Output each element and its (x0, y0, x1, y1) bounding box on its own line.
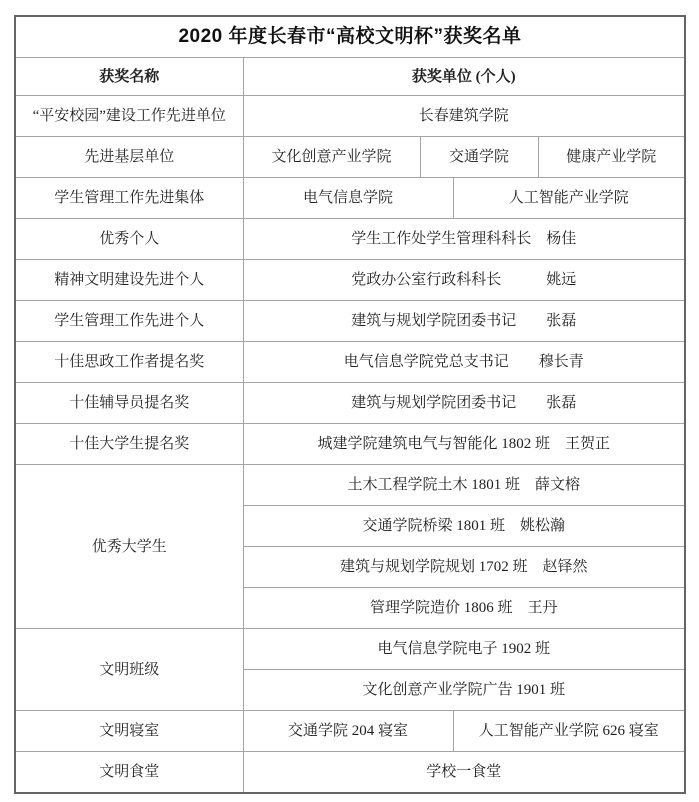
award-cell: 学生管理工作先进个人 (15, 301, 243, 342)
award-cell: “平安校园”建设工作先进单位 (15, 96, 243, 137)
table-row: 优秀个人 学生工作处学生管理科科长 杨佳 (15, 219, 685, 260)
table-row: 先进基层单位 文化创意产业学院 交通学院 健康产业学院 (15, 137, 685, 178)
award-cell: 十佳辅导员提名奖 (15, 383, 243, 424)
award-cell: 优秀个人 (15, 219, 243, 260)
unit-cell: 人工智能产业学院 626 寝室 (453, 711, 685, 752)
table-row: 优秀大学生 土木工程学院土木 1801 班 薛文榕 (15, 465, 685, 506)
table-row: “平安校园”建设工作先进单位 长春建筑学院 (15, 96, 685, 137)
col-header-award-name: 获奖名称 (15, 58, 243, 96)
unit-cell: 城建学院建筑电气与智能化 1802 班 王贺正 (243, 424, 685, 465)
award-cell: 精神文明建设先进个人 (15, 260, 243, 301)
unit-cell: 长春建筑学院 (243, 96, 685, 137)
unit-cell: 文化创意产业学院 (243, 137, 420, 178)
unit-cell: 人工智能产业学院 (453, 178, 685, 219)
award-cell: 优秀大学生 (15, 465, 243, 629)
unit-cell: 健康产业学院 (538, 137, 685, 178)
award-cell: 十佳思政工作者提名奖 (15, 342, 243, 383)
unit-cell: 电气信息学院 (243, 178, 453, 219)
table-row: 精神文明建设先进个人 党政办公室行政科科长 姚远 (15, 260, 685, 301)
award-cell: 文明寝室 (15, 711, 243, 752)
unit-cell: 学校一食堂 (243, 752, 685, 794)
unit-cell: 电气信息学院电子 1902 班 (243, 629, 685, 670)
table-row: 文明食堂 学校一食堂 (15, 752, 685, 794)
document-page: 2020 年度长春市“高校文明杯”获奖名单 获奖名称 获奖单位 (个人) “平安… (14, 15, 686, 794)
unit-cell: 交通学院桥梁 1801 班 姚松瀚 (243, 506, 685, 547)
unit-cell: 土木工程学院土木 1801 班 薛文榕 (243, 465, 685, 506)
unit-cell: 建筑与规划学院规划 1702 班 赵铎然 (243, 547, 685, 588)
table-row: 学生管理工作先进集体 电气信息学院 人工智能产业学院 (15, 178, 685, 219)
unit-cell: 建筑与规划学院团委书记 张磊 (243, 301, 685, 342)
award-cell: 学生管理工作先进集体 (15, 178, 243, 219)
unit-cell: 交通学院 (420, 137, 538, 178)
unit-cell: 文化创意产业学院广告 1901 班 (243, 670, 685, 711)
award-cell: 先进基层单位 (15, 137, 243, 178)
unit-cell: 建筑与规划学院团委书记 张磊 (243, 383, 685, 424)
table-row: 学生管理工作先进个人 建筑与规划学院团委书记 张磊 (15, 301, 685, 342)
table-row: 文明班级 电气信息学院电子 1902 班 (15, 629, 685, 670)
unit-cell: 学生工作处学生管理科科长 杨佳 (243, 219, 685, 260)
table-row: 十佳辅导员提名奖 建筑与规划学院团委书记 张磊 (15, 383, 685, 424)
table-row: 十佳思政工作者提名奖 电气信息学院党总支书记 穆长青 (15, 342, 685, 383)
unit-cell: 电气信息学院党总支书记 穆长青 (243, 342, 685, 383)
award-cell: 文明班级 (15, 629, 243, 711)
unit-cell: 交通学院 204 寝室 (243, 711, 453, 752)
unit-cell: 党政办公室行政科科长 姚远 (243, 260, 685, 301)
table-row: 十佳大学生提名奖 城建学院建筑电气与智能化 1802 班 王贺正 (15, 424, 685, 465)
table-row: 文明寝室 交通学院 204 寝室 人工智能产业学院 626 寝室 (15, 711, 685, 752)
award-cell: 十佳大学生提名奖 (15, 424, 243, 465)
award-cell: 文明食堂 (15, 752, 243, 794)
unit-cell: 管理学院造价 1806 班 王丹 (243, 588, 685, 629)
awards-table: 2020 年度长春市“高校文明杯”获奖名单 获奖名称 获奖单位 (个人) “平安… (14, 15, 686, 794)
page-title: 2020 年度长春市“高校文明杯”获奖名单 (15, 16, 685, 58)
col-header-award-unit: 获奖单位 (个人) (243, 58, 685, 96)
